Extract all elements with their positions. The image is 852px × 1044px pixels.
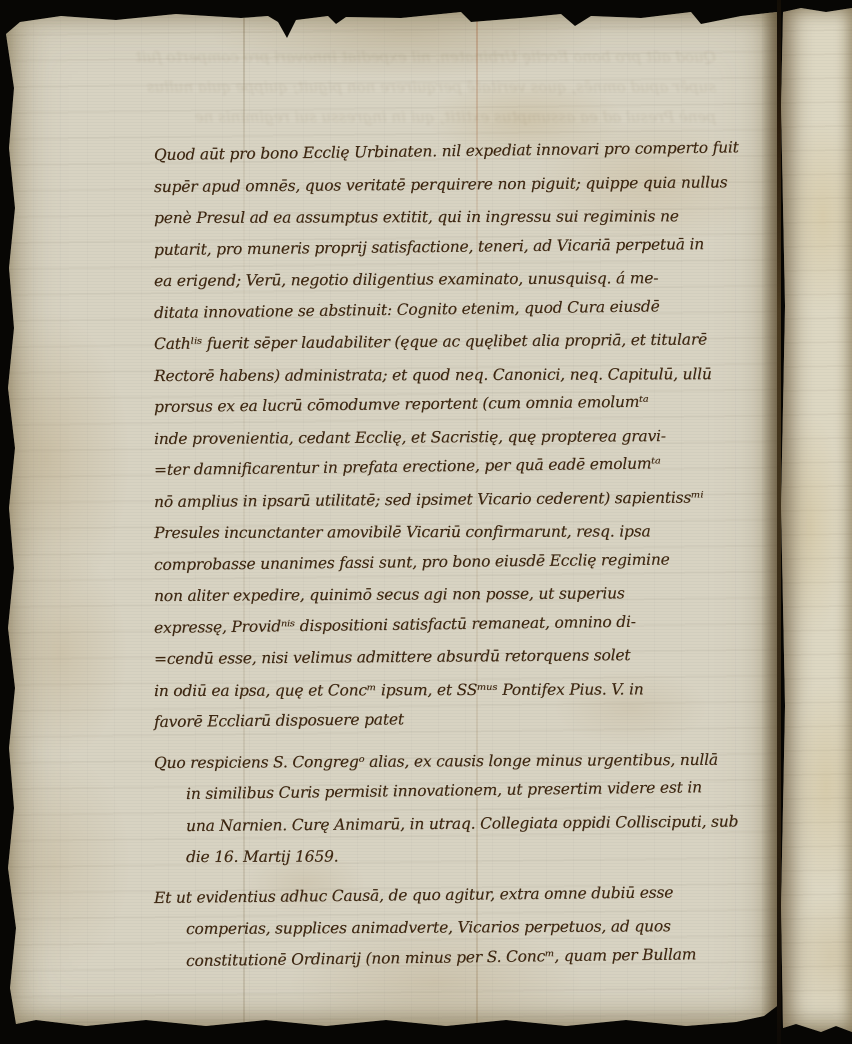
manuscript-page: Quod aūt pro bono Ecclię Urbinaten. nil … xyxy=(6,8,777,1032)
paragraph-1: Quod aūt pro bono Ecclię Urbinaten. nil … xyxy=(154,140,769,739)
scan-background: Quod aūt pro bono Ecclię Urbinaten. nil … xyxy=(0,0,852,1044)
manuscript-line: favorē Eccliarū disposuere patet xyxy=(154,700,769,738)
manuscript-line: Quod aūt pro bono Ecclię Urbinaten. nil … xyxy=(154,132,769,172)
manuscript-line: comprobasse unanimes fassi sunt, pro bon… xyxy=(154,543,769,581)
manuscript-line: prorsus ex ea lucrū cōmodumve reportent … xyxy=(154,385,769,423)
manuscript-line: una Narnien. Curę Animarū, in utraq. Col… xyxy=(186,806,769,842)
manuscript-line: =ter damnificarentur in prefata erection… xyxy=(154,447,769,487)
ink-bleed-through: Quod aūt pro bono Ecclię Urbinaten. nil … xyxy=(156,42,716,132)
facing-page-edge xyxy=(781,6,852,1032)
manuscript-text: Quod aūt pro bono Ecclię Urbinaten. nil … xyxy=(154,140,769,986)
manuscript-line: nō amplius in ipsarū utilitatē; sed ipsi… xyxy=(154,481,769,518)
page-fold-gap xyxy=(777,0,781,1044)
manuscript-line: die 16. Martij 1659. xyxy=(186,840,769,873)
paragraph-3: Et ut evidentius adhuc Causā, de quo agi… xyxy=(154,883,769,978)
manuscript-line: =cendū esse, nisi velimus admittere absu… xyxy=(154,639,769,676)
manuscript-line: supēr apud omnēs, quos veritatē perquire… xyxy=(154,166,769,203)
manuscript-line: putarit, pro muneris proprij satisfactio… xyxy=(154,228,769,266)
manuscript-line: in similibus Curis permisit innovationem… xyxy=(186,771,769,810)
bleed-through-line: penè Presul ad ea assumptus extitit, qui… xyxy=(156,102,716,132)
manuscript-line: Cathˡⁱˢ fuerit sēper laudabiliter (ęque … xyxy=(154,324,769,361)
bleed-through-line: Quod aūt pro bono Ecclię Urbinaten. nil … xyxy=(156,42,716,72)
manuscript-line: Et ut evidentius adhuc Causā, de quo agi… xyxy=(154,876,769,914)
paragraph-2: Quo respiciens S. Congregᵒ alias, ex cau… xyxy=(154,748,769,874)
bleed-through-line: supēr apud omnēs, quos veritatē perquire… xyxy=(156,72,716,102)
